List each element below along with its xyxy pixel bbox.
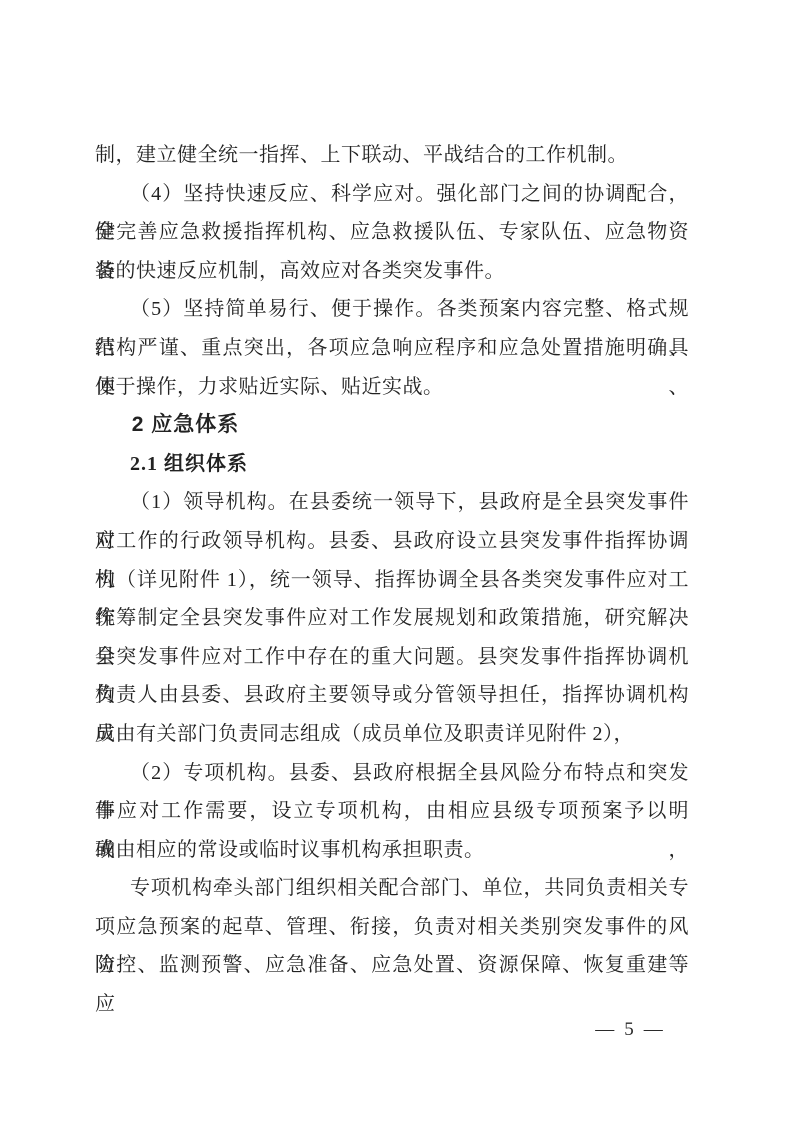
section-heading-level2: 2.1 组织体系 bbox=[95, 445, 689, 484]
text-line: 员由有关部门负责同志组成（成员单位及职责详见附件 2）， bbox=[95, 715, 689, 754]
paragraph: （1）领导机构。在县委统一领导下，县政府是全县突发事件应对工作的行政领导机构。县… bbox=[95, 483, 689, 753]
paragraph: （5）坚持简单易行、便于操作。各类预案内容完整、格式规范、结构严谨、重点突出，各… bbox=[95, 290, 689, 406]
paragraph: （2）专项机构。县委、县政府根据全县风险分布特点和突发事件应对工作需要，设立专项… bbox=[95, 754, 689, 870]
text-line: 县突发事件应对工作中存在的重大问题。县突发事件指挥协调机构 bbox=[95, 638, 689, 677]
text-line: 专项机构牵头部门组织相关配合部门、单位，共同负责相关专 bbox=[95, 869, 689, 908]
text-line: 防控、监测预警、应急准备、应急处置、资源保障、恢复重建等应 bbox=[95, 946, 689, 985]
document-page: 制，建立健全统一指挥、上下联动、平战结合的工作机制。（4）坚持快速反应、科学应对… bbox=[0, 0, 793, 1122]
paragraph: （4）坚持快速反应、科学应对。强化部门之间的协调配合，健全完善应急救援指挥机构、… bbox=[95, 175, 689, 291]
text-line: 备的快速反应机制，高效应对各类突发事件。 bbox=[95, 252, 689, 291]
text-line: 构（详见附件 1），统一领导、指挥协调全县各类突发事件应对工作， bbox=[95, 561, 689, 600]
footer-left-dash: — bbox=[595, 1019, 614, 1040]
text-line: （5）坚持简单易行、便于操作。各类预案内容完整、格式规范、 bbox=[95, 290, 689, 329]
text-line: 项应急预案的起草、管理、衔接，负责对相关类别突发事件的风险 bbox=[95, 908, 689, 947]
section-heading-level1: 2 应急体系 bbox=[95, 406, 689, 445]
document-body: 制，建立健全统一指挥、上下联动、平战结合的工作机制。（4）坚持快速反应、科学应对… bbox=[95, 136, 689, 985]
text-line: 件应对工作需要，设立专项机构，由相应县级专项预案予以明确， bbox=[95, 792, 689, 831]
text-line: （1）领导机构。在县委统一领导下，县政府是全县突发事件应 bbox=[95, 483, 689, 522]
page-footer: —5— bbox=[559, 1018, 699, 1042]
text-line: （4）坚持快速反应、科学应对。强化部门之间的协调配合，健 bbox=[95, 175, 689, 214]
footer-right-dash: — bbox=[644, 1019, 663, 1040]
text-line: 负责人由县委、县政府主要领导或分管领导担任，指挥协调机构成 bbox=[95, 676, 689, 715]
text-line: 对工作的行政领导机构。县委、县政府设立县突发事件指挥协调机 bbox=[95, 522, 689, 561]
text-line: 全完善应急救援指挥机构、应急救援队伍、专家队伍、应急物资装 bbox=[95, 213, 689, 252]
text-line: 统筹制定全县突发事件应对工作发展规划和政策措施，研究解决全 bbox=[95, 599, 689, 638]
text-line: 结构严谨、重点突出，各项应急响应程序和应急处置措施明确具体、 bbox=[95, 329, 689, 368]
text-line: 制，建立健全统一指挥、上下联动、平战结合的工作机制。 bbox=[95, 136, 689, 175]
text-line: （2）专项机构。县委、县政府根据全县风险分布特点和突发事 bbox=[95, 754, 689, 793]
page-number: 5 bbox=[624, 1019, 634, 1040]
paragraph: 制，建立健全统一指挥、上下联动、平战结合的工作机制。 bbox=[95, 136, 689, 175]
paragraph: 专项机构牵头部门组织相关配合部门、单位，共同负责相关专项应急预案的起草、管理、衔… bbox=[95, 869, 689, 985]
